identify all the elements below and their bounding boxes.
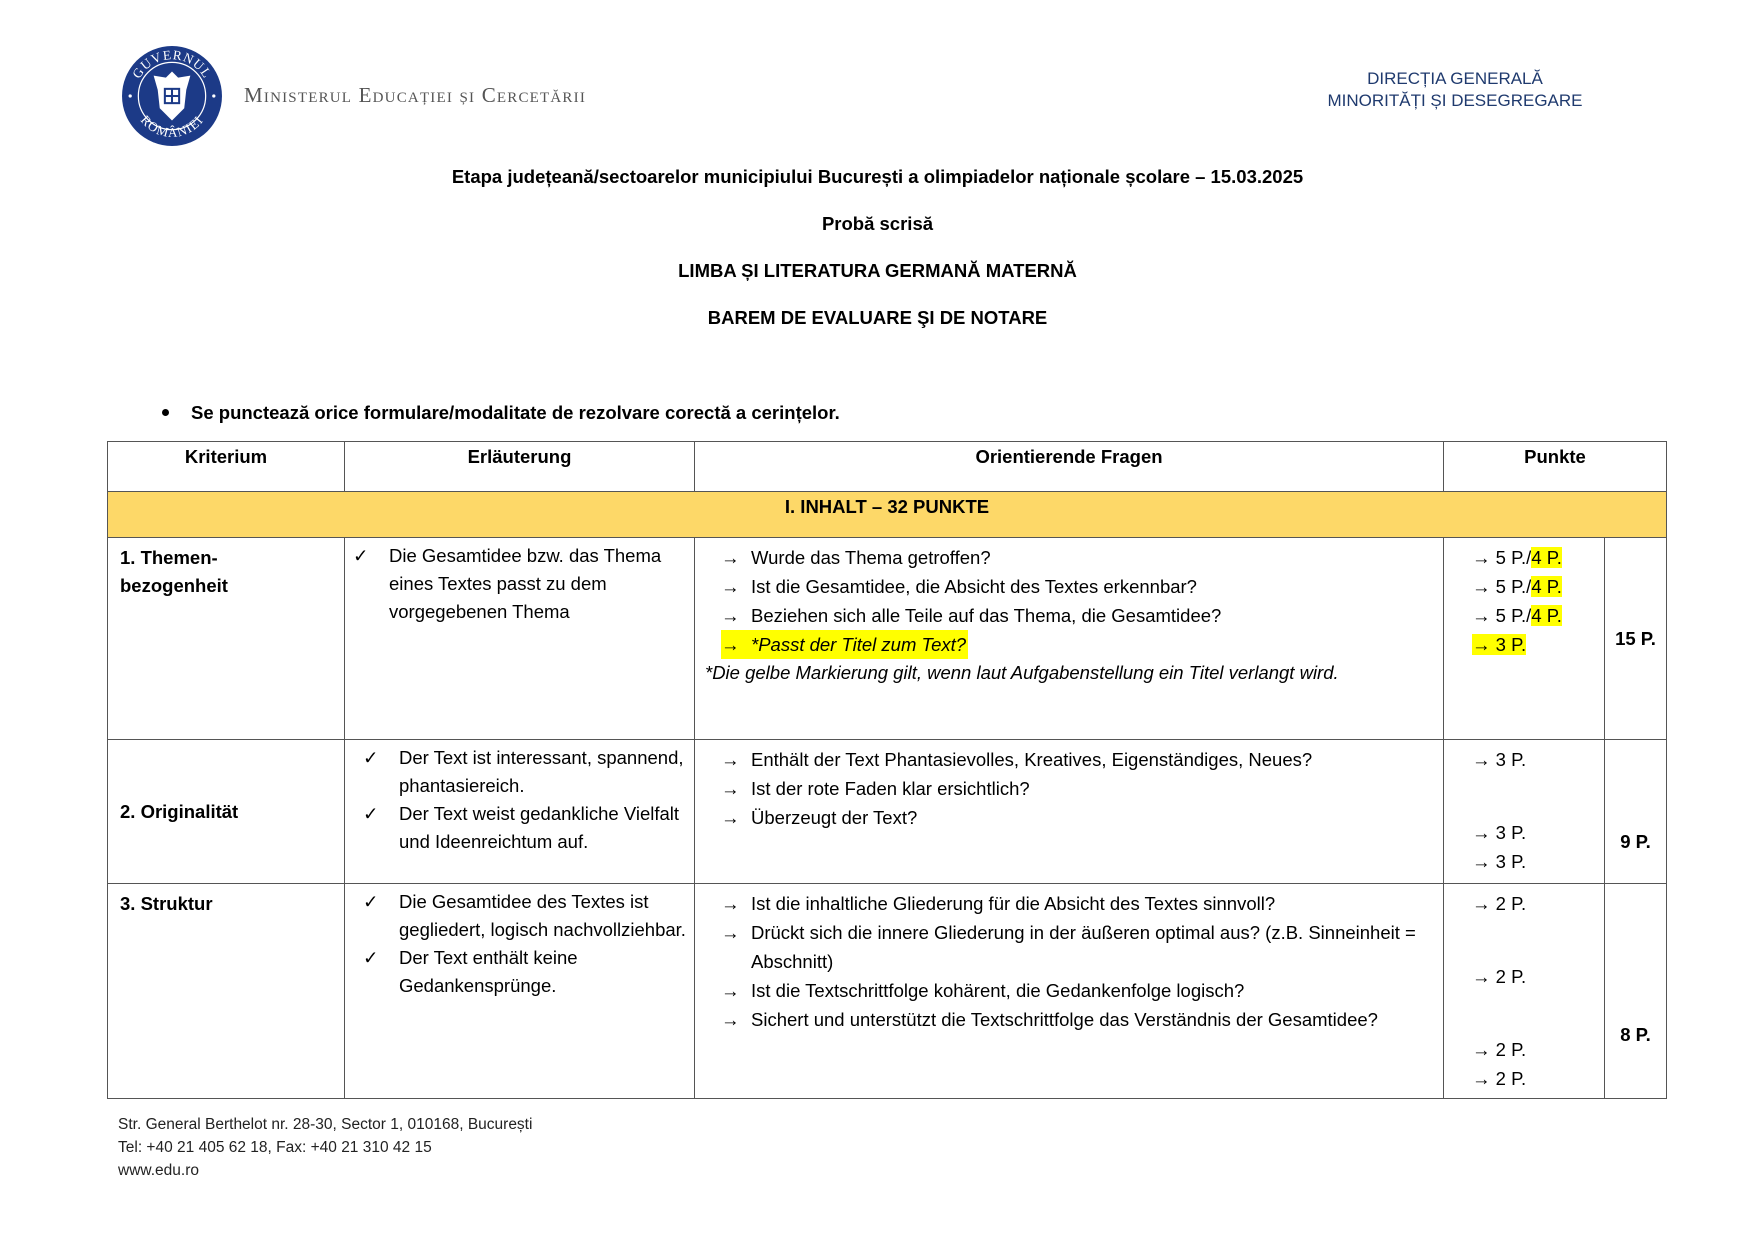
arrow-icon: →	[1472, 893, 1491, 914]
section-title-text: I. INHALT – 32 PUNKTE	[108, 492, 1666, 518]
points-item: → 2 P.	[1472, 962, 1576, 991]
arrow-icon: →	[1472, 605, 1491, 626]
arrow-icon: →	[1472, 1068, 1491, 1089]
question-text: Ist die Gesamtidee, die Absicht des Text…	[751, 572, 1197, 601]
arrow-icon: →	[721, 630, 751, 659]
table-row: 1. Themen-bezogenheit ✓Die Gesamtidee bz…	[108, 538, 1667, 740]
question-text: Ist die inhaltliche Gliederung für die A…	[751, 889, 1275, 918]
bullet-text: Se punctează orice formulare/modalitate …	[191, 402, 840, 423]
points-value: 2 P.	[1496, 1039, 1527, 1060]
arrow-icon: →	[721, 745, 751, 774]
check-icon: ✓	[363, 800, 399, 856]
test-title: Probă scrisă	[0, 213, 1755, 235]
question-text: Ist die Textschrittfolge kohärent, die G…	[751, 976, 1244, 1005]
question-text: Wurde das Thema getroffen?	[751, 543, 991, 572]
explanation-item: ✓Die Gesamtidee des Textes ist geglieder…	[363, 888, 686, 944]
criterion-cell: 3. Struktur	[108, 884, 345, 1099]
explanation-text: Die Gesamtidee des Textes ist gegliedert…	[399, 888, 686, 944]
arrow-icon: →	[1472, 966, 1491, 987]
question-text: Sichert und unterstützt die Textschrittf…	[751, 1005, 1378, 1034]
points-item: → 5 P./4 P.	[1472, 601, 1576, 630]
check-icon: ✓	[363, 888, 399, 944]
ministry-name: Ministerul Educației și Cercetării	[244, 83, 586, 108]
points-value: 3 P.	[1496, 634, 1527, 655]
explanation-text: Der Text weist gedankliche Vielfalt und …	[399, 800, 686, 856]
subject-title: LIMBA ȘI LITERATURA GERMANĂ MATERNĂ	[0, 260, 1755, 282]
points-cell: → 2 P. → 2 P. → 2 P. → 2 P.	[1444, 884, 1605, 1099]
arrow-icon: →	[721, 1005, 751, 1034]
points-cell: → 3 P. → 3 P. → 3 P.	[1444, 740, 1605, 884]
table-row: 3. Struktur ✓Die Gesamtidee des Textes i…	[108, 884, 1667, 1099]
points-item: → 5 P./4 P.	[1472, 572, 1576, 601]
arrow-icon: →	[721, 918, 751, 976]
explanation-item: ✓Die Gesamtidee bzw. das Thema eines Tex…	[353, 542, 686, 626]
table-row: 2. Originalität ✓Der Text ist interessan…	[108, 740, 1667, 884]
question-item: →Wurde das Thema getroffen?	[721, 543, 1417, 572]
section-title: I. INHALT – 32 PUNKTE	[108, 492, 1667, 538]
arrow-icon: →	[721, 572, 751, 601]
points-item: → 3 P.	[1472, 818, 1576, 847]
question-item: →Ist die inhaltliche Gliederung für die …	[721, 889, 1417, 918]
points-value: 3 P.	[1496, 749, 1527, 770]
directorate-name: DIRECȚIA GENERALĂ MINORITĂȚI ȘI DESEGREG…	[1290, 68, 1620, 112]
question-text: Ist der rote Faden klar ersichtlich?	[751, 774, 1030, 803]
government-seal-logo: GUVERNUL ROMÂNIEI	[121, 45, 223, 147]
footer-phone: Tel: +40 21 405 62 18, Fax: +40 21 310 4…	[118, 1136, 532, 1159]
footer: Str. General Berthelot nr. 28-30, Sector…	[118, 1113, 532, 1182]
check-icon: ✓	[363, 744, 399, 800]
explanation-item: ✓Der Text enthält keine Gedankensprünge.	[363, 944, 686, 1000]
header-explanation: Erläuterung	[345, 442, 695, 492]
question-text: Beziehen sich alle Teile auf das Thema, …	[751, 601, 1221, 630]
points-item: → 3 P.	[1472, 630, 1576, 659]
points-item: → 3 P.	[1472, 745, 1576, 774]
arrow-icon: →	[1472, 547, 1491, 568]
footer-address: Str. General Berthelot nr. 28-30, Sector…	[118, 1113, 532, 1136]
arrow-icon: →	[721, 543, 751, 572]
question-item: →Ist der rote Faden klar ersichtlich?	[721, 774, 1417, 803]
explanation-item: ✓Der Text weist gedankliche Vielfalt und…	[363, 800, 686, 856]
points-cell: → 5 P./4 P. → 5 P./4 P. → 5 P./4 P. → 3 …	[1444, 538, 1605, 740]
points-alt-value: 4 P.	[1531, 576, 1562, 597]
total-points: 15 P.	[1605, 538, 1667, 740]
explanation-text: Die Gesamtidee bzw. das Thema eines Text…	[389, 542, 686, 626]
bullet-note: Se punctează orice formulare/modalitate …	[162, 402, 840, 424]
question-item: →Enthält der Text Phantasievolles, Kreat…	[721, 745, 1417, 774]
bullet-icon	[162, 409, 169, 416]
arrow-icon: →	[1472, 822, 1491, 843]
criterion-text: 1. Themen-bezogenheit	[120, 544, 250, 600]
questions-cell: →Wurde das Thema getroffen? →Ist die Ges…	[695, 538, 1444, 740]
points-alt-value: 4 P.	[1531, 605, 1562, 626]
check-icon: ✓	[363, 944, 399, 1000]
explanation-text: Der Text enthält keine Gedankensprünge.	[399, 944, 686, 1000]
questions-cell: →Ist die inhaltliche Gliederung für die …	[695, 884, 1444, 1099]
criterion-text: 2. Originalität	[120, 798, 332, 826]
points-value: 2 P.	[1496, 1068, 1527, 1089]
arrow-icon: →	[721, 803, 751, 832]
arrow-icon: →	[721, 601, 751, 630]
question-item: →Überzeugt der Text?	[721, 803, 1417, 832]
question-item-highlighted: →*Passt der Titel zum Text?	[721, 630, 1417, 659]
explanation-cell: ✓Der Text ist interessant, spannend, pha…	[345, 740, 695, 884]
questions-cell: →Enthält der Text Phantasievolles, Kreat…	[695, 740, 1444, 884]
header-criterion: Kriterium	[108, 442, 345, 492]
footer-website[interactable]: www.edu.ro	[118, 1159, 532, 1182]
header-questions: Orientierende Fragen	[695, 442, 1444, 492]
points-value: 5 P./	[1496, 605, 1532, 626]
total-points: 9 P.	[1605, 740, 1667, 884]
points-alt-value: 4 P.	[1531, 547, 1562, 568]
arrow-icon: →	[1472, 851, 1491, 872]
highlighted-points: → 3 P.	[1472, 634, 1526, 655]
question-text: Enthält der Text Phantasievolles, Kreati…	[751, 745, 1312, 774]
criterion-cell: 1. Themen-bezogenheit	[108, 538, 345, 740]
criterion-cell: 2. Originalität	[108, 740, 345, 884]
explanation-item: ✓Der Text ist interessant, spannend, pha…	[363, 744, 686, 800]
stage-title: Etapa județeană/sectoarelor municipiului…	[0, 166, 1755, 188]
total-points: 8 P.	[1605, 884, 1667, 1099]
question-item: →Sichert und unterstützt die Textschritt…	[721, 1005, 1417, 1034]
arrow-icon: →	[1472, 576, 1491, 597]
points-item: → 2 P.	[1472, 1064, 1576, 1093]
arrow-icon: →	[1472, 1039, 1491, 1060]
points-item: → 2 P.	[1472, 889, 1576, 918]
explanation-cell: ✓Die Gesamtidee bzw. das Thema eines Tex…	[345, 538, 695, 740]
question-text: Drückt sich die innere Gliederung in der…	[751, 918, 1417, 976]
points-value: 2 P.	[1496, 966, 1527, 987]
arrow-icon: →	[1472, 634, 1491, 655]
highlighted-question: →*Passt der Titel zum Text?	[721, 630, 968, 659]
question-item: →Ist die Gesamtidee, die Absicht des Tex…	[721, 572, 1417, 601]
question-item: →Ist die Textschrittfolge kohärent, die …	[721, 976, 1417, 1005]
header-points: Punkte	[1444, 442, 1667, 492]
points-value: 3 P.	[1496, 822, 1527, 843]
criterion-text: 3. Struktur	[120, 890, 332, 918]
explanation-text: Der Text ist interessant, spannend, phan…	[399, 744, 686, 800]
question-text: Überzeugt der Text?	[751, 803, 917, 832]
table-header-row: Kriterium Erläuterung Orientierende Frag…	[108, 442, 1667, 492]
directorate-line-1: DIRECȚIA GENERALĂ	[1290, 68, 1620, 90]
evaluation-table: Kriterium Erläuterung Orientierende Frag…	[107, 441, 1667, 1099]
section-row: I. INHALT – 32 PUNKTE	[108, 492, 1667, 538]
question-item: →Drückt sich die innere Gliederung in de…	[721, 918, 1417, 976]
explanation-cell: ✓Die Gesamtidee des Textes ist geglieder…	[345, 884, 695, 1099]
points-value: 2 P.	[1496, 893, 1527, 914]
question-text: *Passt der Titel zum Text?	[751, 634, 966, 655]
points-item: → 3 P.	[1472, 847, 1576, 876]
highlight-note: *Die gelbe Markierung gilt, wenn laut Au…	[705, 659, 1417, 687]
points-item: → 2 P.	[1472, 1035, 1576, 1064]
arrow-icon: →	[721, 774, 751, 803]
points-value: 5 P./	[1496, 547, 1532, 568]
points-value: 5 P./	[1496, 576, 1532, 597]
question-item: →Beziehen sich alle Teile auf das Thema,…	[721, 601, 1417, 630]
arrow-icon: →	[1472, 749, 1491, 770]
points-value: 3 P.	[1496, 851, 1527, 872]
points-item: → 5 P./4 P.	[1472, 543, 1576, 572]
arrow-icon: →	[721, 976, 751, 1005]
scheme-title: BAREM DE EVALUARE ŞI DE NOTARE	[0, 307, 1755, 329]
check-icon: ✓	[353, 542, 389, 626]
arrow-icon: →	[721, 889, 751, 918]
directorate-line-2: MINORITĂȚI ȘI DESEGREGARE	[1290, 90, 1620, 112]
